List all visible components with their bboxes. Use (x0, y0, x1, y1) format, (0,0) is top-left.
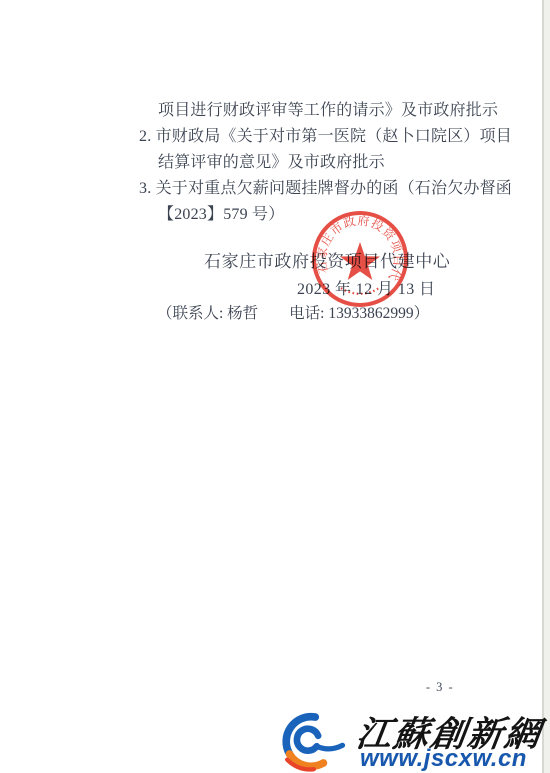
scan-edge-line (542, 0, 544, 773)
scan-edge-strip (544, 0, 550, 773)
site-url: www.jscxw.cn (360, 745, 527, 773)
official-seal: 石家庄市政府投资项目代建中心 (310, 211, 410, 311)
page-number: - 3 - (408, 680, 472, 695)
doc-line-continuation: 结算评审的意见》及市政府批示 (158, 153, 385, 173)
doc-line-item-3: 3. 关于对重点欠薪问题挂牌督办的函（石治欠办督函 (139, 179, 512, 199)
site-logo-icon (274, 710, 348, 773)
scanned-document-page: 项目进行财政评审等工作的请示》及市政府批示 2. 市财政局《关于对市第一医院（赵… (0, 0, 550, 773)
seal-star-icon (340, 242, 380, 280)
doc-line-continuation: 【2023】579 号） (158, 205, 284, 225)
doc-line-continuation: 项目进行财政评审等工作的请示》及市政府批示 (158, 101, 498, 121)
seal-code-marks (341, 288, 379, 294)
doc-line-item-2: 2. 市财政局《关于对市第一医院（赵卜口院区）项目 (139, 127, 512, 147)
